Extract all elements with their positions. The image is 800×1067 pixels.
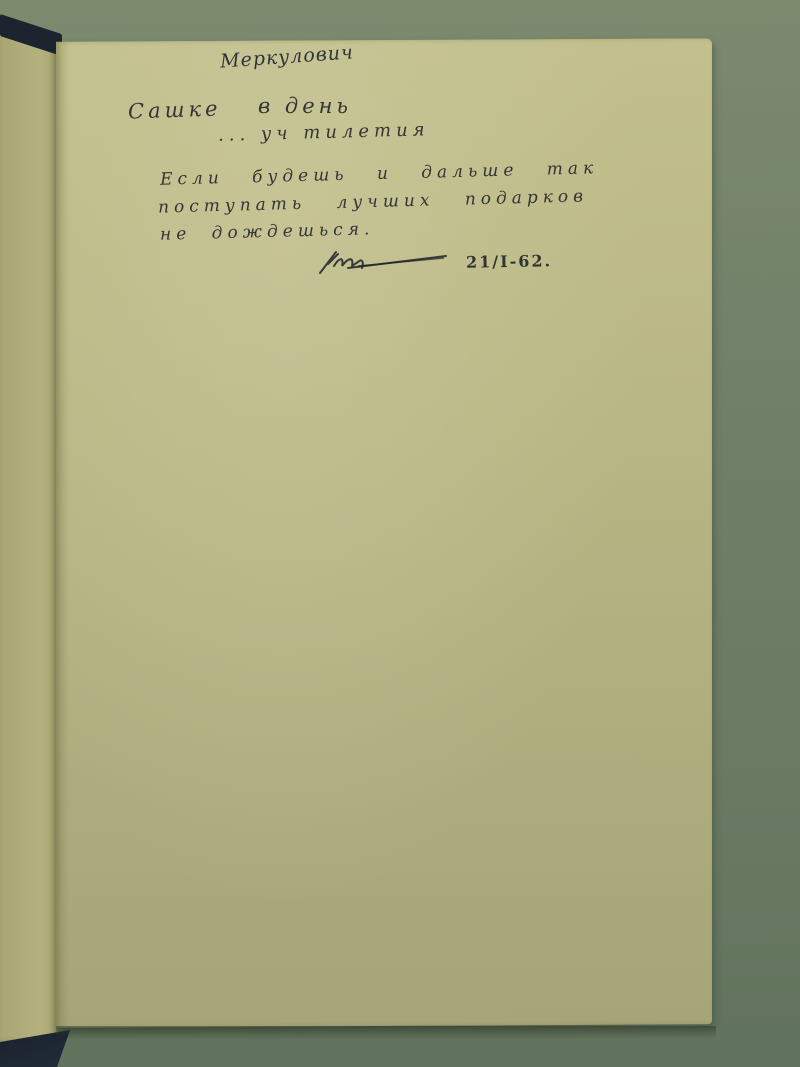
- inscription-greeting-1b: в день: [258, 94, 352, 118]
- signature-scribble: [318, 246, 448, 276]
- inscription-greeting-1a: Сашке: [128, 96, 222, 123]
- facing-page: [0, 32, 58, 1042]
- flyleaf-page: [56, 38, 712, 1027]
- inscription-date: 21/I-62.: [466, 251, 552, 271]
- page-shadow: [56, 1026, 716, 1040]
